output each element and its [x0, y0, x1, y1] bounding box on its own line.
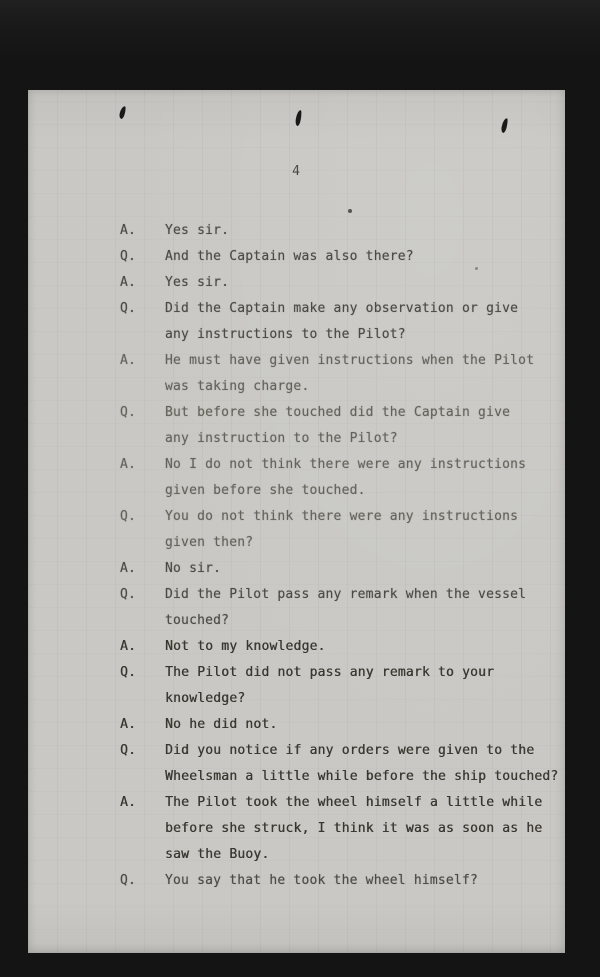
qa-text: any instructions to the Pilot? [165, 322, 565, 348]
speaker-label: A. [120, 634, 165, 660]
qa-text: saw the Buoy. [165, 842, 565, 868]
qa-line: A.The Pilot took the wheel himself a lit… [28, 790, 565, 816]
qa-line: Wheelsman a little while before the ship… [28, 764, 565, 790]
qa-text: given before she touched. [165, 478, 565, 504]
qa-line: Q.The Pilot did not pass any remark to y… [28, 660, 565, 686]
qa-line: Q.Did you notice if any orders were give… [28, 738, 565, 764]
punch-mark-icon [500, 118, 508, 134]
qa-line: Q.Did the Captain make any observation o… [28, 296, 565, 322]
punch-mark-icon [119, 106, 127, 120]
qa-line: A.No sir. [28, 556, 565, 582]
qa-line: Q.Did the Pilot pass any remark when the… [28, 582, 565, 608]
speaker-label [120, 322, 165, 348]
speaker-label: A. [120, 348, 165, 374]
speaker-label: Q. [120, 400, 165, 426]
qa-text: The Pilot did not pass any remark to you… [165, 660, 565, 686]
qa-text: He must have given instructions when the… [165, 348, 565, 374]
qa-text: Not to my knowledge. [165, 634, 565, 660]
qa-text: And the Captain was also there? [165, 244, 565, 270]
qa-text: The Pilot took the wheel himself a littl… [165, 790, 565, 816]
qa-text: No I do not think there were any instruc… [165, 452, 565, 478]
qa-text: given then? [165, 530, 565, 556]
speaker-label: A. [120, 452, 165, 478]
qa-line: given before she touched. [28, 478, 565, 504]
qa-line: A.He must have given instructions when t… [28, 348, 565, 374]
qa-line: any instructions to the Pilot? [28, 322, 565, 348]
qa-line: any instruction to the Pilot? [28, 426, 565, 452]
speaker-label: Q. [120, 868, 165, 894]
speaker-label [120, 842, 165, 868]
speaker-label [120, 764, 165, 790]
speaker-label [120, 608, 165, 634]
punch-mark-icon [295, 110, 302, 127]
speaker-label: A. [120, 270, 165, 296]
speaker-label: Q. [120, 504, 165, 530]
qa-text: Did the Captain make any observation or … [165, 296, 565, 322]
qa-text: You do not think there were any instruct… [165, 504, 565, 530]
qa-line: A.Yes sir. [28, 270, 565, 296]
speaker-label [120, 686, 165, 712]
speaker-label [120, 374, 165, 400]
qa-text: No he did not. [165, 712, 565, 738]
scan-background: 4 A.Yes sir.Q.And the Captain was also t… [0, 0, 600, 977]
speaker-label [120, 816, 165, 842]
qa-line: A.No I do not think there were any instr… [28, 452, 565, 478]
speaker-label: Q. [120, 296, 165, 322]
document-page: 4 A.Yes sir.Q.And the Captain was also t… [28, 90, 565, 953]
qa-line: saw the Buoy. [28, 842, 565, 868]
ink-speck [475, 267, 478, 270]
qa-line: Q.And the Captain was also there? [28, 244, 565, 270]
qa-text: was taking charge. [165, 374, 565, 400]
speaker-label: Q. [120, 582, 165, 608]
page-number: 4 [28, 164, 565, 179]
qa-line: Q.But before she touched did the Captain… [28, 400, 565, 426]
speaker-label: A. [120, 712, 165, 738]
speaker-label: Q. [120, 244, 165, 270]
qa-text: Did you notice if any orders were given … [165, 738, 565, 764]
qa-line: A.Not to my knowledge. [28, 634, 565, 660]
speaker-label: Q. [120, 660, 165, 686]
qa-line: A.Yes sir. [28, 218, 565, 244]
qa-transcript: A.Yes sir.Q.And the Captain was also the… [28, 218, 565, 894]
qa-line: knowledge? [28, 686, 565, 712]
qa-text: You say that he took the wheel himself? [165, 868, 565, 894]
qa-text: Yes sir. [165, 218, 565, 244]
qa-text: But before she touched did the Captain g… [165, 400, 565, 426]
speaker-label: A. [120, 790, 165, 816]
qa-line: touched? [28, 608, 565, 634]
speaker-label: A. [120, 556, 165, 582]
speaker-label [120, 426, 165, 452]
qa-line: was taking charge. [28, 374, 565, 400]
speaker-label: A. [120, 218, 165, 244]
qa-line: given then? [28, 530, 565, 556]
qa-text: No sir. [165, 556, 565, 582]
qa-text: before she struck, I think it was as soo… [165, 816, 565, 842]
speaker-label: Q. [120, 738, 165, 764]
qa-line: Q.You say that he took the wheel himself… [28, 868, 565, 894]
qa-text: any instruction to the Pilot? [165, 426, 565, 452]
speaker-label [120, 530, 165, 556]
ink-speck [348, 209, 352, 213]
qa-text: knowledge? [165, 686, 565, 712]
qa-text: Did the Pilot pass any remark when the v… [165, 582, 565, 608]
qa-text: touched? [165, 608, 565, 634]
qa-line: A.No he did not. [28, 712, 565, 738]
speaker-label [120, 478, 165, 504]
qa-text: Wheelsman a little while before the ship… [165, 764, 565, 790]
qa-line: before she struck, I think it was as soo… [28, 816, 565, 842]
qa-line: Q.You do not think there were any instru… [28, 504, 565, 530]
qa-text: Yes sir. [165, 270, 565, 296]
